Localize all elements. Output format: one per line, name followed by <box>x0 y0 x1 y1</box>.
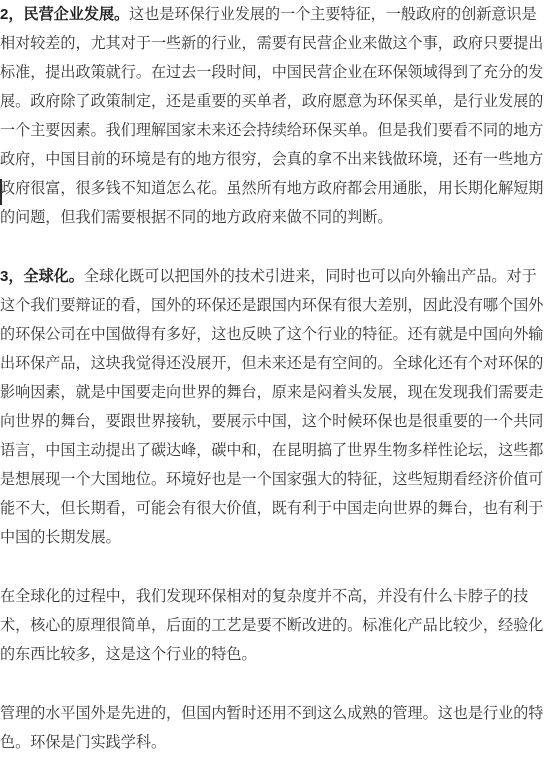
paragraph-management: 管理的水平国外是先进的，但国内暂时还用不到这么成熟的管理。这也是行业的特色。环保… <box>0 699 547 757</box>
paragraph-text: 这也是环保行业发展的一个主要特征，一般政府的创新意识是相对较差的，尤其对于一些新… <box>0 6 543 226</box>
paragraph-text: 管理的水平国外是先进的，但国内暂时还用不到这么成熟的管理。这也是行业的特色。环保… <box>0 705 543 751</box>
paragraph-globalization: 3，全球化。全球化既可以把国外的技术引进来，同时也可以向外输出产品。对于这个我们… <box>0 262 547 552</box>
paragraph-lead: 3，全球化。 <box>0 268 84 285</box>
paragraph-private-enterprise: 2，民营企业发展。这也是环保行业发展的一个主要特征，一般政府的创新意识是相对较差… <box>0 0 547 232</box>
paragraph-text: 在全球化的过程中，我们发现环保相对的复杂度并不高，并没有什么卡脖子的技术，核心的… <box>0 588 543 663</box>
text-cursor <box>0 179 2 205</box>
paragraph-text: 全球化既可以把国外的技术引进来，同时也可以向外输出产品。对于这个我们要辩证的看，… <box>0 268 543 546</box>
paragraph-lead: 2，民营企业发展。 <box>0 6 129 23</box>
article-body: 2，民营企业发展。这也是环保行业发展的一个主要特征，一般政府的创新意识是相对较差… <box>0 0 547 757</box>
paragraph-complexity: 在全球化的过程中，我们发现环保相对的复杂度并不高，并没有什么卡脖子的技术，核心的… <box>0 582 547 669</box>
